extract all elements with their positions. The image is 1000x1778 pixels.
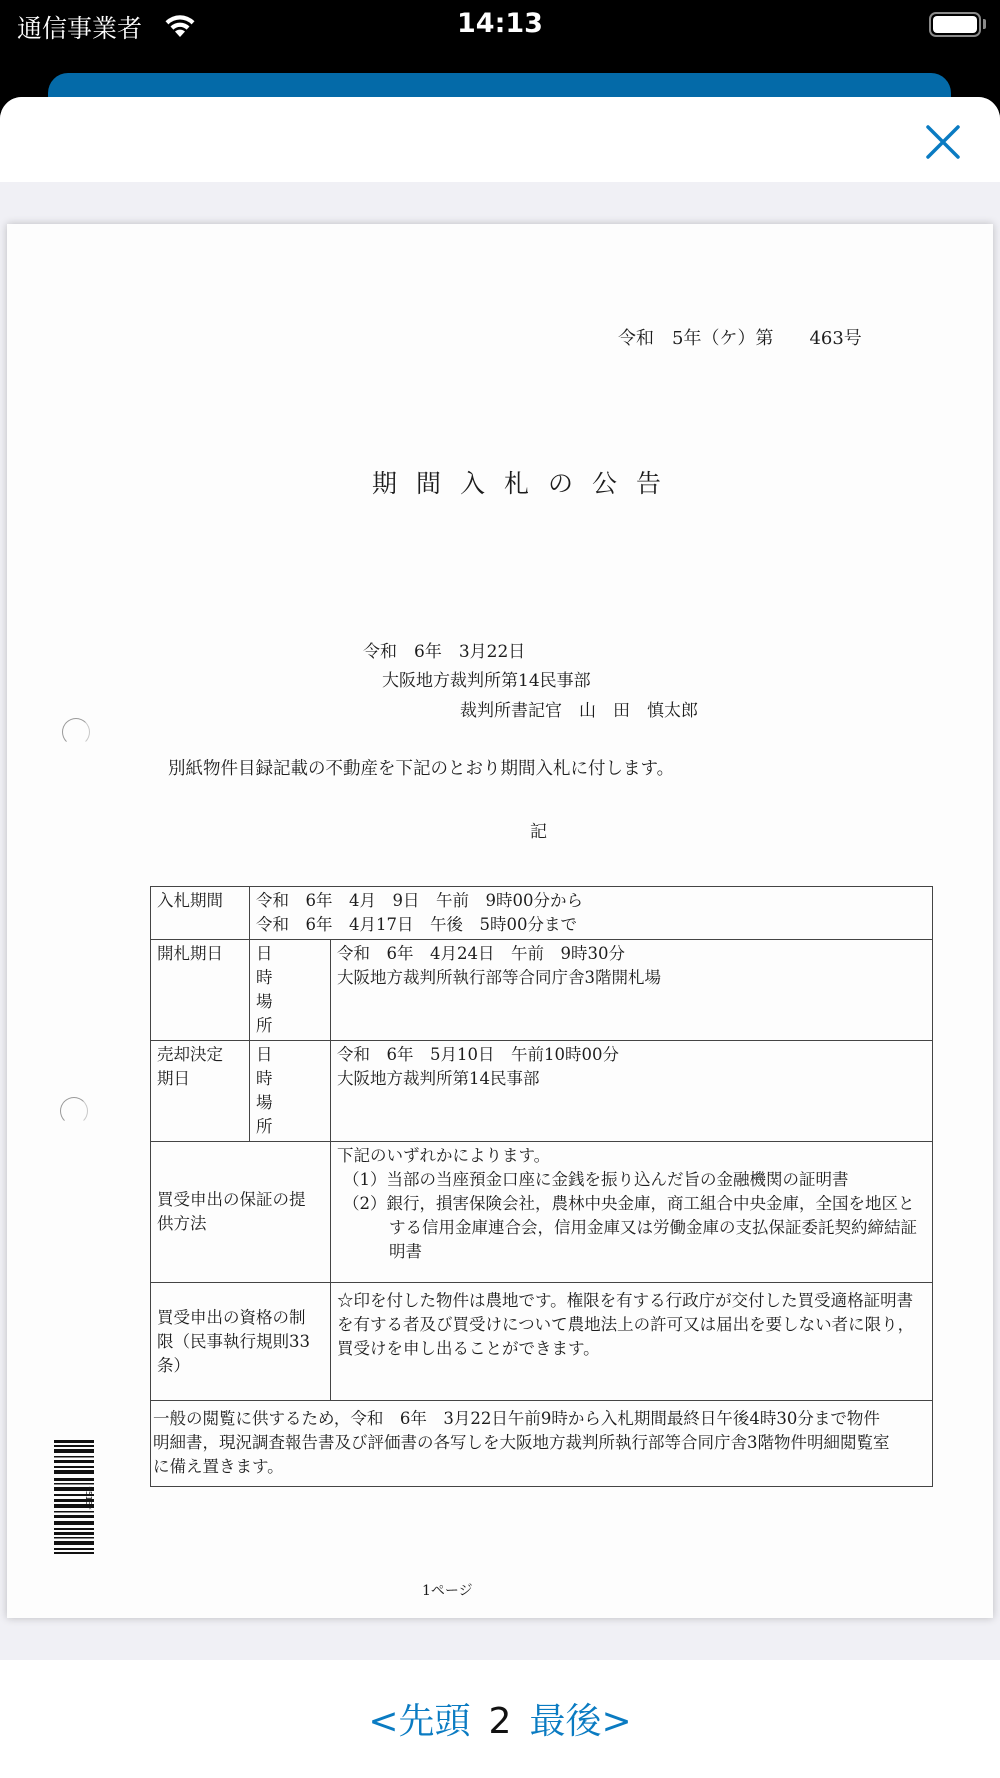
table-row-guarantee: 買受申出の保証の提供方法 下記のいずれかによります。 （1）当部の当座預金口座に… xyxy=(151,1142,933,1283)
notice-date: 令和 6年 3月22日 xyxy=(363,637,525,662)
clerk-name: 裁判所書記官 山 田 慎太郎 xyxy=(460,696,698,721)
bid-period-start: 令和 6年 4月 9日 午前 9時00分から xyxy=(256,889,926,913)
table-row-opening-date: 開札期日 日 時 場 所 令和 6年 4月24日 午前 9時30分 大阪地方裁判… xyxy=(151,940,933,1041)
battery-icon xyxy=(929,12,981,37)
page-number-label: 1ページ xyxy=(422,1580,473,1600)
qualification-label: 買受申出の資格の制限（民事執行規則33条） xyxy=(151,1283,331,1401)
document-page: 令和 5年（ケ）第 463号 期間入札の公告 令和 6年 3月22日 大阪地方裁… xyxy=(7,224,993,1618)
datetime-label: 日 時 xyxy=(256,1043,324,1091)
sale-decision-label-line2: 期日 xyxy=(157,1067,243,1091)
qualification-text: ☆印を付した物件は農地です。権限を有する行政庁が交付した買受適格証明書を有する者… xyxy=(331,1283,933,1401)
table-row-sale-decision: 売却決定 期日 日 時 場 所 令和 6年 5月10日 午前10時00分 大阪地… xyxy=(151,1041,933,1142)
court-name: 大阪地方裁判所第14民事部 xyxy=(382,666,591,691)
close-button[interactable] xyxy=(920,119,966,165)
clock: 14:13 xyxy=(0,8,1000,39)
opening-sub-labels: 日 時 場 所 xyxy=(250,940,331,1041)
case-number: 令和 5年（ケ）第 463号 xyxy=(618,324,862,350)
ki-heading: 記 xyxy=(530,817,547,842)
document-viewer-sheet: 令和 5年（ケ）第 463号 期間入札の公告 令和 6年 3月22日 大阪地方裁… xyxy=(0,97,1000,1778)
sale-decision-label-line1: 売却決定 xyxy=(157,1043,243,1067)
punch-hole xyxy=(62,718,90,746)
sale-values: 令和 6年 5月10日 午前10時00分 大阪地方裁判所第14民事部 xyxy=(331,1041,933,1142)
inspection-note: 一般の閲覧に供するため，令和 6年 3月22日午前9時から入札期間最終日午後4時… xyxy=(151,1401,933,1487)
pager: <先頭2最後> xyxy=(0,1693,1000,1744)
document-title: 期間入札の公告 xyxy=(372,464,680,500)
battery-tip xyxy=(983,19,986,29)
sale-place: 大阪地方裁判所第14民事部 xyxy=(337,1067,926,1091)
pager-footer: <先頭2最後> xyxy=(0,1660,1000,1778)
place-label: 場 所 xyxy=(256,990,324,1038)
notice-table: 入札期間 令和 6年 4月 9日 午前 9時00分から 令和 6年 4月17日 … xyxy=(150,886,933,1487)
sale-decision-label: 売却決定 期日 xyxy=(151,1041,250,1142)
bid-period-value: 令和 6年 4月 9日 午前 9時00分から 令和 6年 4月17日 午後 5時… xyxy=(250,887,933,940)
close-icon xyxy=(920,119,966,165)
guarantee-item-2: （2）銀行，損害保険会社，農林中央金庫，商工組合中央金庫，全国を地区とする信用金… xyxy=(337,1192,926,1264)
opening-date-label: 開札期日 xyxy=(151,940,250,1041)
table-row-bid-period: 入札期間 令和 6年 4月 9日 午前 9時00分から 令和 6年 4月17日 … xyxy=(151,887,933,940)
guarantee-label: 買受申出の保証の提供方法 xyxy=(151,1142,331,1283)
guarantee-intro: 下記のいずれかによります。 xyxy=(337,1144,926,1168)
opening-datetime: 令和 6年 4月24日 午前 9時30分 xyxy=(337,942,926,966)
place-label: 場 所 xyxy=(256,1091,324,1139)
last-page-link[interactable]: 最後> xyxy=(529,1701,631,1742)
datetime-label: 日 時 xyxy=(256,942,324,990)
sale-datetime: 令和 6年 5月10日 午前10時00分 xyxy=(337,1043,926,1067)
table-row-qualification: 買受申出の資格の制限（民事執行規則33条） ☆印を付した物件は農地です。権限を有… xyxy=(151,1283,933,1401)
barcode-number: *516* xyxy=(84,1486,93,1510)
current-page: 2 xyxy=(489,1701,512,1742)
punch-hole xyxy=(60,1097,88,1125)
guarantee-values: 下記のいずれかによります。 （1）当部の当座預金口座に金銭を振り込んだ旨の金融機… xyxy=(331,1142,933,1283)
intro-sentence: 別紙物件目録記載の不動産を下記のとおり期間入札に付します。 xyxy=(168,755,674,780)
table-row-inspection: 一般の閲覧に供するため，令和 6年 3月22日午前9時から入札期間最終日午後4時… xyxy=(151,1401,933,1487)
status-bar: 通信事業者 14:13 xyxy=(0,0,1000,60)
opening-place: 大阪地方裁判所執行部等合同庁舎3階開札場 xyxy=(337,966,926,990)
bid-period-label: 入札期間 xyxy=(151,887,250,940)
first-page-link[interactable]: <先頭 xyxy=(368,1701,470,1742)
guarantee-item-1: （1）当部の当座預金口座に金銭を振り込んだ旨の金融機関の証明書 xyxy=(337,1168,926,1192)
bid-period-end: 令和 6年 4月17日 午後 5時00分まで xyxy=(256,913,926,937)
document-viewer[interactable]: 令和 5年（ケ）第 463号 期間入札の公告 令和 6年 3月22日 大阪地方裁… xyxy=(0,182,1000,1660)
opening-values: 令和 6年 4月24日 午前 9時30分 大阪地方裁判所執行部等合同庁舎3階開札… xyxy=(331,940,933,1041)
sale-sub-labels: 日 時 場 所 xyxy=(250,1041,331,1142)
sheet-header xyxy=(0,97,1000,182)
